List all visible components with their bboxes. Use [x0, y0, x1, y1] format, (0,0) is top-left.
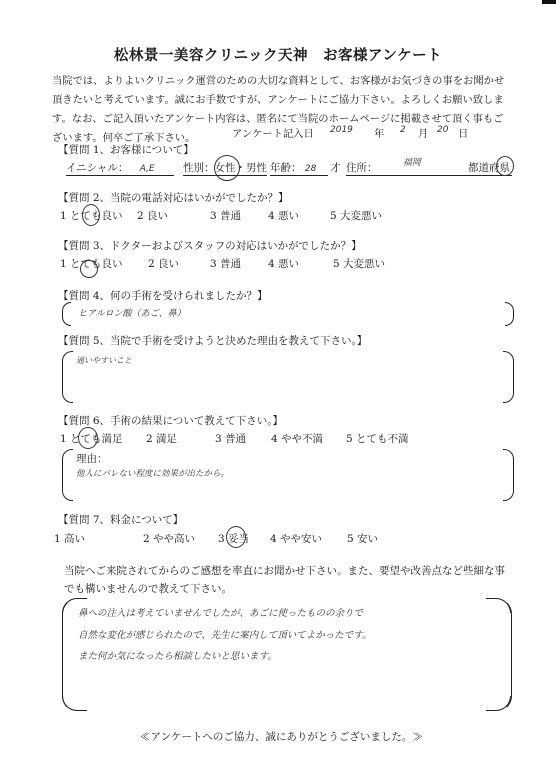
question-5-heading: 【質問 5、当院で手術を受けようと決めた理由を教えて下さい。】 [58, 333, 367, 348]
date-month-unit: 月 [418, 125, 428, 140]
age-unit: 才 [330, 160, 341, 175]
q2-option-3[interactable]: 3 普通 [210, 208, 241, 223]
q3-option-3[interactable]: 3 普通 [210, 256, 241, 271]
date-day-unit: 日 [458, 125, 468, 140]
q6-option-3[interactable]: 3 普通 [215, 431, 246, 446]
selection-circle-female [214, 155, 240, 181]
question-7-heading: 【質問 7、料金について】 [58, 512, 183, 527]
feedback-line-2: 自然な変化が感じられたので、先生に案内して頂いてよかったです。 [78, 627, 372, 641]
q3-option-2[interactable]: 2 良い [148, 256, 179, 271]
feedback-corner-tr [486, 598, 511, 613]
gender-option-male[interactable]: 男性 [246, 162, 267, 174]
question-6-heading: 【質問 6、手術の結果について教えて下さい。】 [58, 413, 283, 428]
q6-bracket-left [62, 449, 73, 501]
date-month: 2 [400, 125, 406, 135]
feedback-line-3: また何か気になったら相談したいと思います。 [78, 648, 277, 662]
age-label: 年齢： [270, 162, 302, 174]
initial-label: イニシャル： [66, 162, 128, 174]
question-2-heading: 【質問 2、当院の電話対応はいかがでしたか？】 [58, 190, 289, 205]
q5-bracket-left [62, 351, 73, 403]
scan-mark [542, 0, 556, 4]
date-label: アンケート記入日 [232, 125, 314, 140]
q4-answer[interactable]: ヒアルロン酸（あご、鼻） [78, 306, 186, 319]
survey-title: 松林景一美容クリニック天神 お客様アンケート [0, 44, 556, 65]
selection-circle-prefecture [496, 156, 514, 176]
feedback-line-1: 鼻への注入は考えていませんでしたが、あごに使ったものの余りで [78, 605, 363, 619]
address-value: 福岡 [403, 158, 421, 168]
q7-option-4[interactable]: 4 やや安い [270, 531, 322, 546]
gender-label: 性別： [183, 162, 215, 174]
q6-bracket-right [503, 449, 514, 501]
initial-field[interactable]: イニシャル： A,E [66, 160, 174, 176]
question-3-heading: 【質問 3、ドクターおよびスタッフの対応はいかがでしたか？】 [58, 238, 362, 253]
date-year-unit: 年 [374, 125, 384, 140]
address-label: 住所： [346, 162, 378, 174]
address-field[interactable]: 住所： 福岡 都道府県 [346, 160, 512, 176]
q3-option-4[interactable]: 4 悪い [268, 256, 299, 271]
q7-option-1[interactable]: 1 高い [54, 531, 85, 546]
feedback-corner-bl [62, 696, 87, 711]
date-day: 20 [437, 125, 448, 135]
footer-thanks: ≪アンケートへのご協力、誠にありがとうございました。≫ [140, 729, 423, 744]
q7-option-5[interactable]: 5 安い [347, 531, 378, 546]
q5-bracket-right [503, 351, 514, 403]
q7-option-2[interactable]: 2 やや高い [143, 531, 195, 546]
q4-bracket-right [505, 302, 514, 326]
q6-reason-answer[interactable]: 他人にバレない程度に効果が出たから。 [76, 467, 229, 479]
q6-option-5[interactable]: 5 とても不満 [346, 431, 409, 446]
q2-selection-circle [82, 204, 100, 226]
age-field[interactable]: 年齢： 28 [270, 160, 328, 176]
q6-option-4[interactable]: 4 やや不満 [271, 431, 323, 446]
q6-option-2[interactable]: 2 満足 [146, 431, 177, 446]
date-year: 2019 [330, 125, 353, 135]
initial-value: A,E [140, 164, 155, 174]
q2-option-5[interactable]: 5 大変悪い [330, 208, 382, 223]
q6-selection-circle [78, 427, 98, 449]
feedback-corner-br [486, 696, 511, 711]
q2-option-2[interactable]: 2 良い [137, 208, 168, 223]
q3-option-5[interactable]: 5 大変悪い [333, 256, 385, 271]
question-1-heading: 【質問 1、お客様について】 [58, 142, 194, 157]
q7-selection-circle [226, 526, 246, 548]
q4-bracket-left [62, 302, 71, 326]
age-value: 28 [305, 164, 316, 174]
q6-reason-label: 理由： [76, 451, 108, 466]
question-4-heading: 【質問 4、何の手術を受けられましたか？】 [58, 288, 268, 303]
q3-selection-circle [80, 260, 98, 278]
feedback-prompt: 当院へご来院されてからのご感想を率直にお聞かせ下さい。また、要望や改善点など些細… [64, 562, 514, 598]
q5-answer[interactable]: 通いやすいこと [76, 355, 132, 366]
q2-option-4[interactable]: 4 悪い [268, 208, 299, 223]
